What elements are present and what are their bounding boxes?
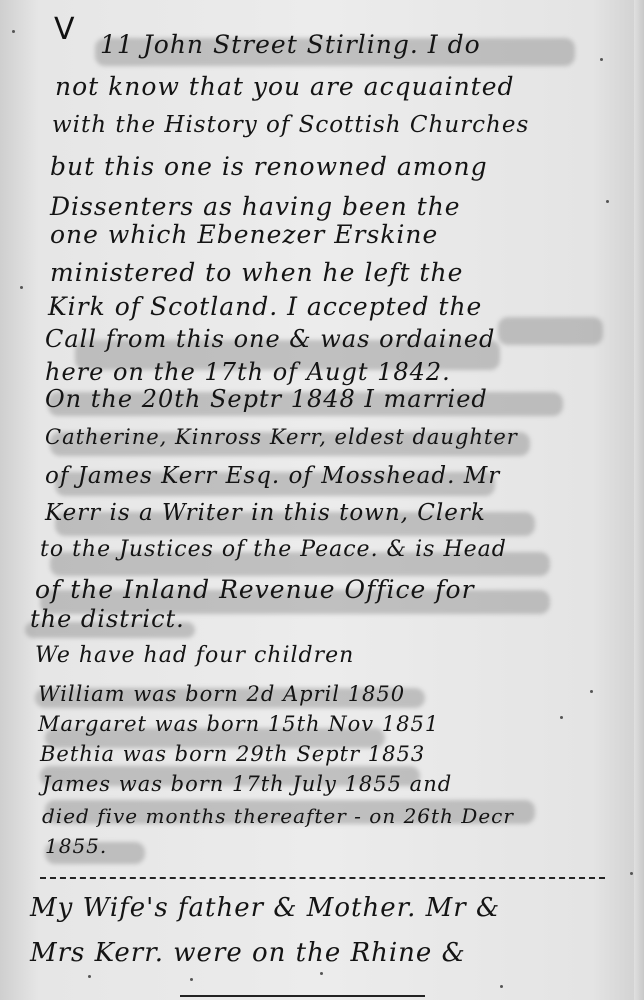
ink-speck (590, 690, 593, 693)
manuscript-line: to the Justices of the Peace. & is Head (40, 537, 507, 562)
manuscript-line: but this one is renowned among (50, 152, 488, 181)
ink-speck (630, 872, 633, 875)
ink-speck (320, 972, 323, 975)
manuscript-line: Kirk of Scotland. I accepted the (48, 292, 482, 321)
manuscript-line: James was born 17th July 1855 and (42, 772, 452, 796)
ink-speck (190, 978, 193, 981)
manuscript-line: Kerr is a Writer in this town, Clerk (45, 500, 486, 526)
manuscript-page: V 11 John Street Stirling. I do not know… (0, 0, 644, 1000)
manuscript-line: 11 John Street Stirling. I do (100, 30, 481, 59)
manuscript-line: Margaret was born 15th Nov 1851 (38, 712, 439, 736)
highlight-band (498, 317, 603, 345)
manuscript-line: one which Ebenezer Erskine (50, 220, 438, 249)
divider-rule (40, 877, 605, 879)
manuscript-line: of the Inland Revenue Office for (35, 575, 475, 604)
ink-speck (606, 200, 609, 203)
manuscript-line: ministered to when he left the (50, 258, 463, 287)
manuscript-line: Call from this one & was ordained (45, 325, 495, 353)
margin-mark: V (54, 12, 75, 47)
ink-speck (560, 716, 563, 719)
manuscript-line: 1855. (45, 834, 107, 858)
manuscript-line: died five months thereafter - on 26th De… (42, 804, 514, 828)
manuscript-line: Dissenters as having been the (50, 192, 461, 221)
manuscript-line: William was born 2d April 1850 (38, 682, 405, 706)
manuscript-line: with the History of Scottish Churches (52, 112, 529, 138)
ink-speck (12, 30, 15, 33)
bottom-rule (180, 995, 425, 997)
manuscript-line: of James Kerr Esq. of Mosshead. Mr (45, 463, 500, 489)
manuscript-line: Catherine, Kinross Kerr, eldest daughter (45, 425, 518, 449)
ink-speck (20, 286, 23, 289)
ink-speck (88, 975, 91, 978)
manuscript-line: the district. (30, 605, 185, 633)
ink-speck (500, 985, 503, 988)
manuscript-line: We have had four children (35, 643, 354, 668)
manuscript-line: On the 20th Septr 1848 I married (45, 385, 488, 413)
manuscript-line: not know that you are acquainted (55, 72, 515, 101)
page-edge (634, 0, 644, 1000)
manuscript-line: Bethia was born 29th Septr 1853 (40, 742, 425, 766)
manuscript-line: here on the 17th of Augt 1842. (45, 358, 451, 386)
ink-speck (600, 58, 603, 61)
manuscript-line: My Wife's father & Mother. Mr & (30, 893, 500, 923)
manuscript-line: Mrs Kerr. were on the Rhine & (30, 938, 466, 968)
